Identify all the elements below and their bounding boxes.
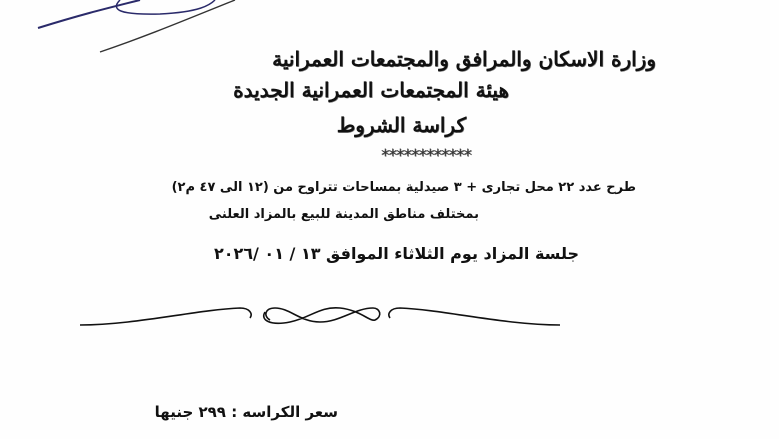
document-title: كراسة الشروط [337, 113, 466, 137]
ornamental-divider-icon [75, 300, 565, 340]
offer-description: طرح عدد ٢٢ محل تجارى + ٣ صيدلية بمساحات … [172, 180, 636, 195]
ministry-heading: وزارة الاسكان والمرافق والمجتمعات العمرا… [272, 47, 656, 71]
auction-session-date: جلسة المزاد يوم الثلاثاء الموافق ١٣ / ٠١… [214, 244, 579, 263]
star-separator: ************ [381, 146, 471, 166]
areas-description: بمختلف مناطق المدينة للبيع بالمزاد العلن… [209, 207, 479, 222]
authority-heading: هيئة المجتمعات العمرانية الجديدة [233, 78, 509, 102]
booklet-price: سعر الكراسه : ٢٩٩ جنيها [155, 403, 338, 421]
document-page: وزارة الاسكان والمرافق والمجتمعات العمرا… [0, 0, 779, 439]
